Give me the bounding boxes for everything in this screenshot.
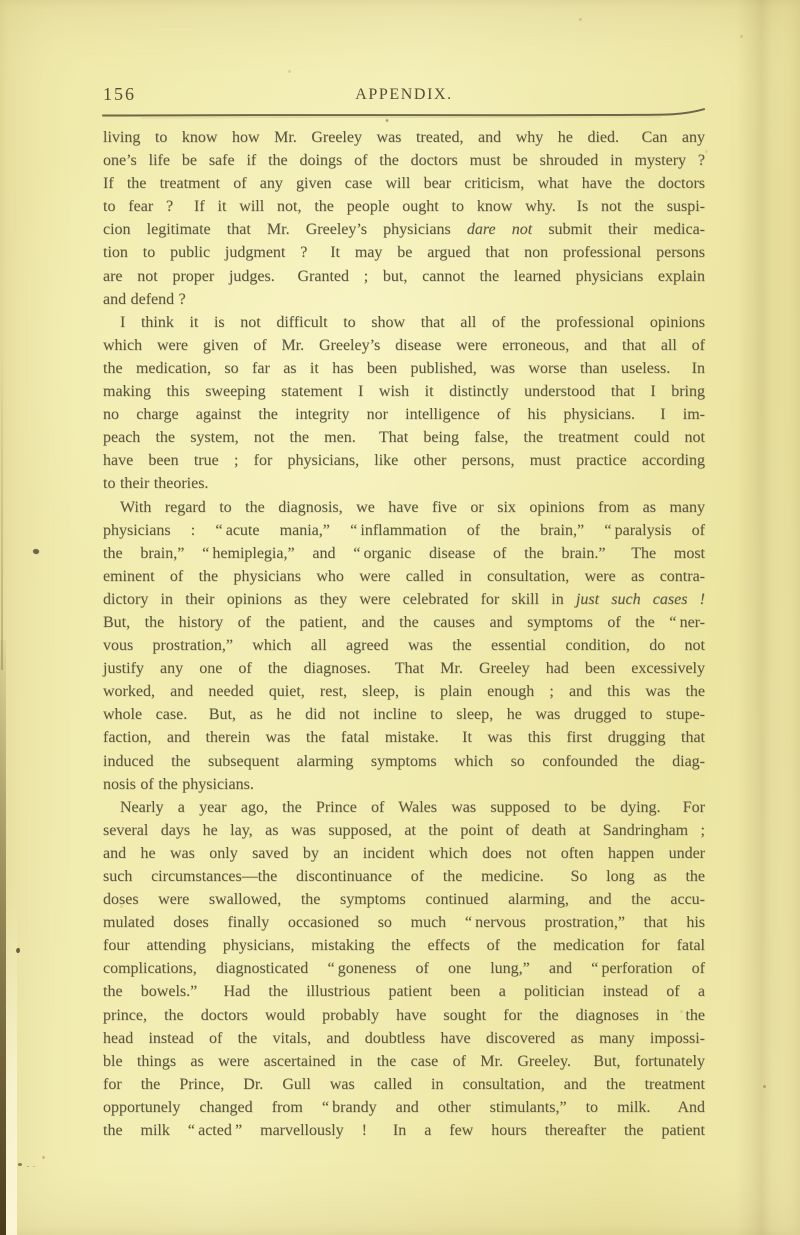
- header-rule: [101, 107, 707, 123]
- page-crease: [736, 0, 782, 1235]
- text-line: I think it is not difficult to show that…: [103, 311, 705, 334]
- ink-dot: [386, 119, 389, 122]
- text-line: have been true ; for physicians, like ot…: [103, 449, 705, 472]
- text-line: peach the system, not the men. That bein…: [103, 426, 705, 449]
- text-line: physicians : “ acute mania,” “ inflammat…: [103, 519, 705, 542]
- text-line: mulated doses finally occasioned so much…: [103, 911, 705, 934]
- text-line: no charge against the integrity nor inte…: [103, 403, 705, 426]
- body-text: living to know how Mr. Greeley was treat…: [103, 126, 705, 1142]
- text-line: nosis of the physicians.: [103, 773, 705, 796]
- text-line: If the treatment of any given case will …: [103, 172, 705, 195]
- text-line: complications, diagnosticated “ goneness…: [103, 957, 705, 980]
- text-line: living to know how Mr. Greeley was treat…: [103, 126, 705, 149]
- text-line: to fear ? If it will not, the people oug…: [103, 195, 705, 218]
- margin-ink-mark: [15, 948, 20, 954]
- running-head: APPENDIX.: [103, 86, 705, 104]
- text-line: worked, and needed quiet, rest, sleep, i…: [103, 680, 705, 703]
- text-line: opportunely changed from “ brandy and ot…: [103, 1096, 705, 1119]
- text-line: one’s life be safe if the doings of the …: [103, 149, 705, 172]
- text-line: induced the subsequent alarming symptoms…: [103, 750, 705, 773]
- text-line: four attending physicians, mistaking the…: [103, 934, 705, 957]
- text-line: tion to public judgment ? It may be argu…: [103, 241, 705, 264]
- text-line: the medication, so far as it has been pu…: [103, 357, 705, 380]
- text-line: justify any one of the diagnoses. That M…: [103, 657, 705, 680]
- text-line: the milk “ acted ” marvellously ! In a f…: [103, 1119, 705, 1142]
- text-line: But, the history of the patient, and the…: [103, 611, 705, 634]
- text-line: doses were swallowed, the symptoms conti…: [103, 888, 705, 911]
- text-line: such circumstances—the discontinuance of…: [103, 865, 705, 888]
- text-line: vous prostration,” which all agreed was …: [103, 634, 705, 657]
- ink-speck: [32, 548, 40, 555]
- text-line: making this sweeping statement I wish it…: [103, 380, 705, 403]
- margin-pencil-dots: [18, 1163, 22, 1166]
- text-line: whole case. But, as he did not incline t…: [103, 703, 705, 726]
- italic-phrase: dare not: [467, 221, 532, 238]
- text-line: cion legitimate that Mr. Greeley’s physi…: [103, 218, 705, 241]
- text-line: Nearly a year ago, the Prince of Wales w…: [103, 796, 705, 819]
- text-line: With regard to the diagnosis, we have fi…: [103, 496, 705, 519]
- text-line: prince, the doctors would probably have …: [103, 1004, 705, 1027]
- text-line: to their theories.: [103, 472, 705, 495]
- text-line: several days he lay, as was supposed, at…: [103, 819, 705, 842]
- binding-edge-faint: [1, 340, 3, 670]
- text-line: and he was only saved by an incident whi…: [103, 842, 705, 865]
- book-page: 156 APPENDIX. living to know how Mr. Gre…: [0, 0, 800, 1235]
- text-line: and defend ?: [103, 288, 705, 311]
- text-line: the brain,” “ hemiplegia,” and “ organic…: [103, 542, 705, 565]
- text-line: which were given of Mr. Greeley’s diseas…: [103, 334, 705, 357]
- text-line: are not proper judges. Granted ; but, ca…: [103, 265, 705, 288]
- italic-phrase: just such cases !: [576, 591, 705, 608]
- text-line: the bowels.” Had the illustrious patient…: [103, 980, 705, 1003]
- text-line: dictory in their opinions as they were c…: [103, 588, 705, 611]
- text-line: faction, and therein was the fatal mista…: [103, 726, 705, 749]
- text-line: ble things as were ascertained in the ca…: [103, 1050, 705, 1073]
- text-line: head instead of the vitals, and doubtles…: [103, 1027, 705, 1050]
- text-line: for the Prince, Dr. Gull was called in c…: [103, 1073, 705, 1096]
- text-line: eminent of the physicians who were calle…: [103, 565, 705, 588]
